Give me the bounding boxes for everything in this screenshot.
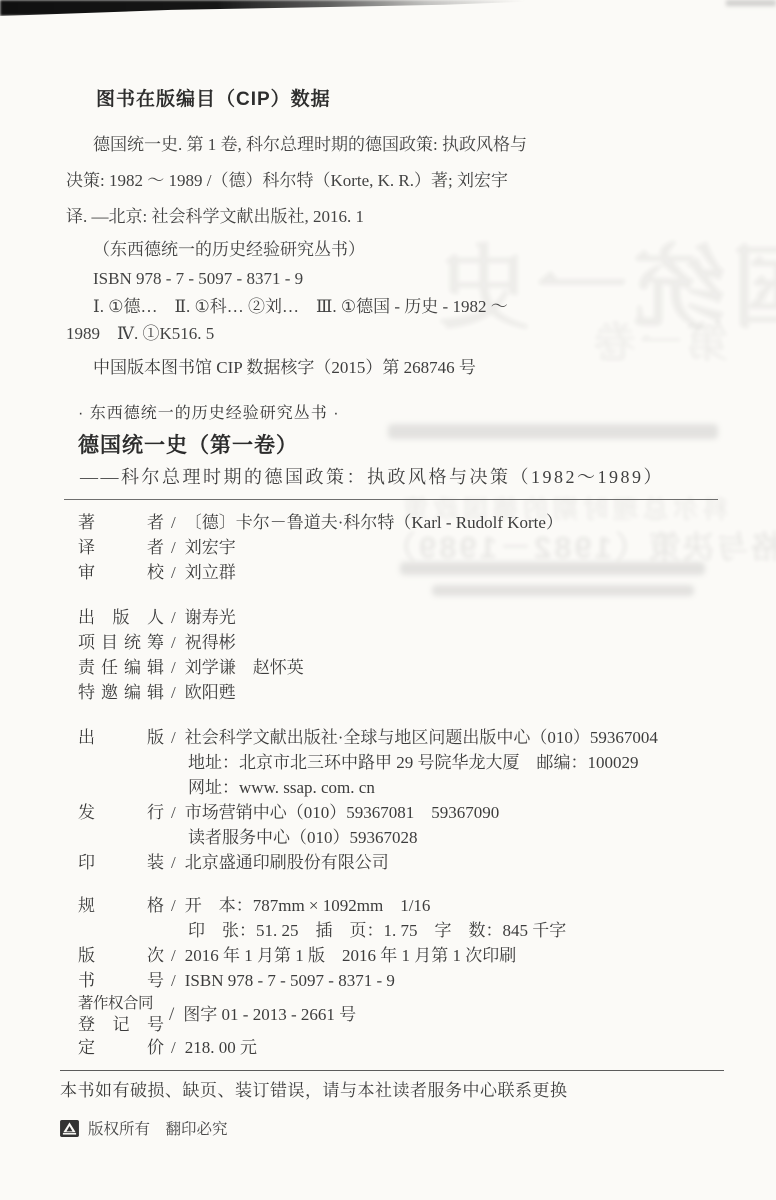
colophon-row-printing: 印 装/北京盛通印刷股份有限公司	[78, 850, 742, 875]
row-value: 开 本：787mm × 1092mm 1/16	[185, 893, 742, 918]
row-value: 读者服务中心（010）59367028	[78, 825, 742, 850]
scan-artifact-corner	[726, 0, 776, 6]
row-value: 欧阳甦	[185, 680, 742, 705]
row-value: 刘宏宇	[185, 535, 742, 560]
row-label: 审 校	[78, 560, 164, 585]
row-label: 出 版	[78, 725, 164, 750]
series-name: · 东西德统一的历史经验研究丛书 ·	[78, 403, 742, 425]
row-label: 责任编辑	[78, 655, 164, 680]
row-label: 印 装	[78, 850, 164, 875]
row-value: 社会科学文献出版社·全球与地区问题出版中心（010）59367004	[185, 725, 742, 750]
row-slash: /	[164, 605, 185, 630]
row-label-line2: 登 记 号	[78, 1014, 164, 1035]
row-label: 版 次	[78, 943, 164, 968]
book-copyright-page: 德国统一史 第一卷 科尔总理时期的德国政策 执政风格与决策（1982－1989）…	[0, 0, 776, 1200]
colophon-section: 著 者/〔德〕卡尔－鲁道夫·科尔特（Karl - Rudolf Korte） 译…	[78, 510, 742, 1060]
colophon-row-website: 网址：www. ssap. com. cn	[78, 775, 742, 800]
colophon-row-copyright-registration: 著作权合同 登 记 号 / 图字 01 - 2013 - 2661 号	[78, 993, 742, 1035]
row-slash: /	[164, 560, 185, 585]
row-value: 刘学谦 赵怀英	[185, 655, 742, 680]
cip-class-line: 1989 Ⅳ. ①K516. 5	[66, 320, 742, 347]
row-value: 祝得彬	[185, 630, 742, 655]
divider-rule-top	[64, 499, 718, 500]
anti-piracy-logo-icon	[60, 1120, 79, 1137]
row-label: 定 价	[78, 1035, 164, 1060]
cip-record-line: 德国统一史. 第 1 卷, 科尔总理时期的德国政策: 执政风格与	[66, 127, 742, 163]
row-value: 市场营销中心（010）59367081 59367090	[185, 800, 742, 825]
colophon-row-proofreader: 审 校/刘立群	[78, 560, 742, 585]
colophon-row-author: 著 者/〔德〕卡尔－鲁道夫·科尔特（Karl - Rudolf Korte）	[78, 510, 742, 535]
cip-registry-line: 中国版本图书馆 CIP 数据核字（2015）第 268746 号	[66, 355, 742, 381]
row-value: 2016 年 1 月第 1 版 2016 年 1 月第 1 次印刷	[185, 943, 742, 968]
row-value: 谢寿光	[185, 605, 742, 630]
copyright-statement-row: 版权所有 翻印必究	[60, 1117, 742, 1139]
row-slash: /	[164, 535, 185, 560]
colophon-row-sheets: 印 张：51. 25 插 页：1. 75 字 数：845 千字	[78, 918, 742, 943]
divider-rule-bottom	[60, 1070, 724, 1071]
row-slash: /	[164, 968, 185, 993]
cip-record-line: 译. —北京: 社会科学文献出版社, 2016. 1	[66, 199, 742, 235]
row-label-line1: 著作权合同	[78, 993, 164, 1014]
row-slash: /	[164, 893, 185, 918]
book-title: 德国统一史（第一卷）	[78, 431, 742, 461]
row-slash: /	[164, 800, 185, 825]
row-value: 北京盛通印刷股份有限公司	[185, 850, 742, 875]
colophon-row-publisher-person: 出 版 人/谢寿光	[78, 605, 742, 630]
colophon-row-distribution: 发 行/市场营销中心（010）59367081 59367090	[78, 800, 742, 825]
row-value: 图字 01 - 2013 - 2661 号	[183, 1004, 742, 1025]
colophon-row-publisher: 出 版/社会科学文献出版社·全球与地区问题出版中心（010）59367004	[78, 725, 742, 750]
colophon-row-edition: 版 次/2016 年 1 月第 1 版 2016 年 1 月第 1 次印刷	[78, 943, 742, 968]
row-label: 规 格	[78, 893, 164, 918]
cip-series-note: （东西德统一的历史经验研究丛书）	[66, 235, 742, 264]
row-label: 译 者	[78, 535, 164, 560]
colophon-row-reader-service: 读者服务中心（010）59367028	[78, 825, 742, 850]
colophon-row-editors: 责任编辑/刘学谦 赵怀英	[78, 655, 742, 680]
row-slash: /	[164, 680, 185, 705]
row-value: 地址：北京市北三环中路甲 29 号院华龙大厦 邮编：100029	[78, 750, 742, 775]
row-slash: /	[164, 655, 185, 680]
row-slash: /	[164, 1004, 183, 1025]
row-value: 刘立群	[185, 560, 742, 585]
colophon-row-translator: 译 者/刘宏宇	[78, 535, 742, 560]
colophon-row-isbn: 书 号/ISBN 978 - 7 - 5097 - 8371 - 9	[78, 968, 742, 993]
row-value: ISBN 978 - 7 - 5097 - 8371 - 9	[185, 968, 742, 993]
row-label: 项目统筹	[78, 630, 164, 655]
cip-section: 图书在版编目（CIP）数据 德国统一史. 第 1 卷, 科尔总理时期的德国政策:…	[66, 84, 742, 381]
book-subtitle: ——科尔总理时期的德国政策：执政风格与决策（1982～1989）	[80, 463, 742, 491]
row-slash: /	[164, 943, 185, 968]
title-block: · 东西德统一的历史经验研究丛书 · 德国统一史（第一卷） ——科尔总理时期的德…	[78, 403, 742, 491]
row-slash: /	[164, 630, 185, 655]
row-value: 〔德〕卡尔－鲁道夫·科尔特（Karl - Rudolf Korte）	[185, 510, 742, 535]
replacement-notice: 本书如有破损、缺页、装订错误，请与本社读者服务中心联系更换	[60, 1079, 742, 1103]
row-value: 网址：www. ssap. com. cn	[78, 775, 742, 800]
row-label: 书 号	[78, 968, 164, 993]
row-value: 印 张：51. 25 插 页：1. 75 字 数：845 千字	[78, 918, 742, 943]
colophon-row-price: 定 价/218. 00 元	[78, 1035, 742, 1060]
row-label: 特邀编辑	[78, 680, 164, 705]
cip-record-line: 决策: 1982 ～ 1989 /（德）科尔特（Korte, K. R.）著; …	[66, 163, 742, 199]
cip-notes: （东西德统一的历史经验研究丛书） ISBN 978 - 7 - 5097 - 8…	[66, 235, 742, 293]
cip-isbn-line: ISBN 978 - 7 - 5097 - 8371 - 9	[66, 264, 742, 293]
row-label: 出 版 人	[78, 605, 164, 630]
row-slash: /	[164, 510, 185, 535]
row-value: 218. 00 元	[185, 1035, 742, 1060]
cip-record: 德国统一史. 第 1 卷, 科尔总理时期的德国政策: 执政风格与 决策: 198…	[66, 127, 742, 235]
colophon-row-address: 地址：北京市北三环中路甲 29 号院华龙大厦 邮编：100029	[78, 750, 742, 775]
cip-class-line: Ⅰ. ①德… Ⅱ. ①科… ②刘… Ⅲ. ①德国 - 历史 - 1982 ～	[66, 293, 742, 320]
row-slash: /	[164, 725, 185, 750]
row-label-two-line: 著作权合同 登 记 号	[78, 993, 164, 1035]
colophon-row-format: 规 格/开 本：787mm × 1092mm 1/16	[78, 893, 742, 918]
copyright-statement: 版权所有 翻印必究	[88, 1117, 228, 1139]
colophon-row-project-coordinator: 项目统筹/祝得彬	[78, 630, 742, 655]
row-slash: /	[164, 1035, 185, 1060]
cip-classification: Ⅰ. ①德… Ⅱ. ①科… ②刘… Ⅲ. ①德国 - 历史 - 1982 ～ 1…	[66, 293, 742, 347]
page-content: 图书在版编目（CIP）数据 德国统一史. 第 1 卷, 科尔总理时期的德国政策:…	[0, 0, 776, 1139]
row-label: 发 行	[78, 800, 164, 825]
row-label: 著 者	[78, 510, 164, 535]
cip-heading: 图书在版编目（CIP）数据	[96, 84, 742, 111]
row-slash: /	[164, 850, 185, 875]
colophon-row-guest-editor: 特邀编辑/欧阳甦	[78, 680, 742, 705]
